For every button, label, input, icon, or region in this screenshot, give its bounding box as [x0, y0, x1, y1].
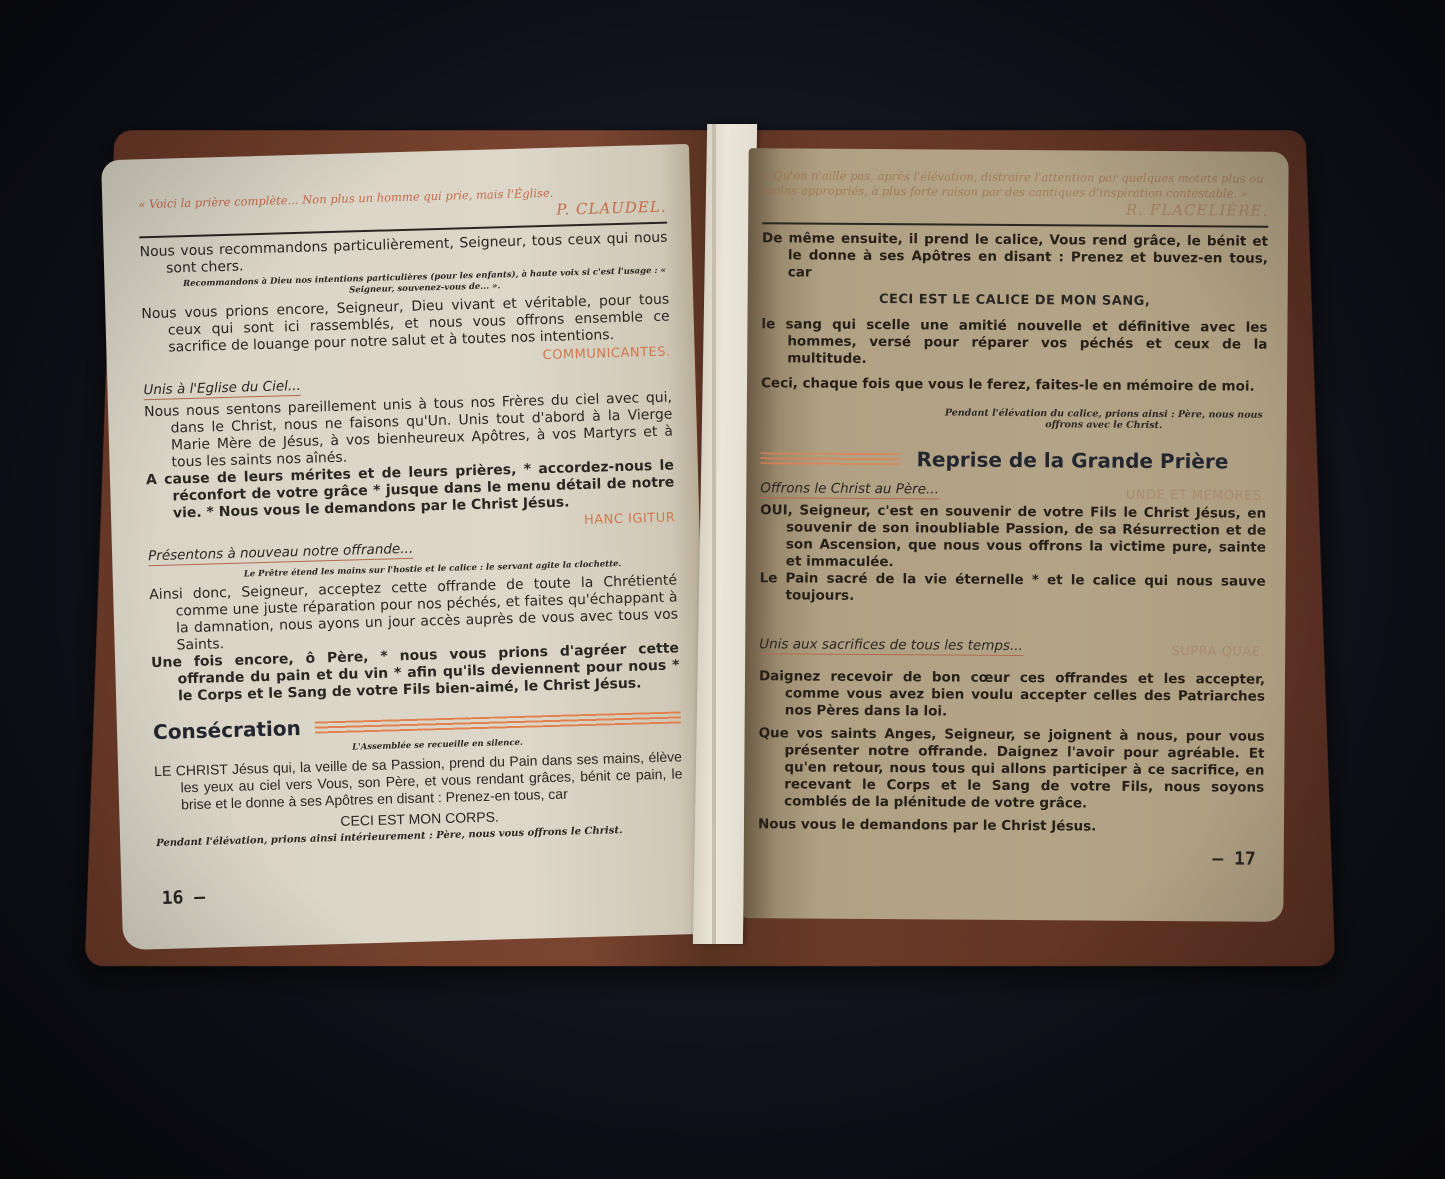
prayer-paragraph: OUI, Seigneur, c'est en souvenir de votr…: [760, 502, 1266, 574]
prayer-paragraph: le sang qui scelle une amitié nouvelle e…: [761, 316, 1267, 371]
right-page: « Qu'on n'aille pas, après l'élévation, …: [743, 148, 1288, 922]
section-title: Consécration: [153, 716, 301, 744]
subheading: Offrons le Christ au Père...: [760, 480, 939, 499]
left-page: « Voici la prière complète... Non plus u…: [101, 144, 711, 950]
words-of-institution: CECI EST LE CALICE DE MON SANG,: [762, 291, 1268, 310]
consecration-text: LE CHRIST Jésus qui, la veille de sa Pas…: [154, 748, 683, 814]
latin-heading: UNDE ET MEMORES.: [1126, 488, 1267, 504]
subheading: Unis aux sacrifices de tous les temps...: [759, 636, 1023, 656]
ornament-lines: [315, 711, 681, 733]
prayer-response: Le Pain sacré de la vie éternelle * et l…: [760, 570, 1266, 608]
page-number: — 17: [1212, 848, 1256, 869]
prayer-paragraph: Daignez recevoir de bon cœur ces offrand…: [759, 668, 1265, 723]
right-epigraph: « Qu'on n'aille pas, après l'élévation, …: [762, 168, 1268, 202]
ornament-lines: [760, 452, 900, 465]
prayer-paragraph: Ceci, chaque fois que vous le ferez, fai…: [761, 375, 1267, 396]
prayer-response: Nous vous le demandons par le Christ Jés…: [758, 816, 1264, 837]
divider-rule: [762, 222, 1268, 228]
page-number: 16 —: [161, 887, 205, 909]
prayer-paragraph: De même ensuite, il prend le calice, Vou…: [762, 230, 1268, 285]
latin-heading: SUPRA QUAE.: [1172, 644, 1266, 660]
subheading: Présentons à nouveau notre offrande...: [148, 541, 413, 566]
section-title: Reprise de la Grande Prière: [916, 447, 1228, 473]
right-epigraph-author: R. FLACELIÈRE.: [762, 198, 1268, 220]
subheading: Unis à l'Eglise du Ciel...: [143, 378, 301, 400]
rubric: Pendant l'élévation du calice, prions ai…: [941, 407, 1267, 431]
prayer-paragraph: Que vos saints Anges, Seigneur, se joign…: [758, 725, 1265, 814]
section-header: Reprise de la Grande Prière: [760, 446, 1266, 474]
bookmark-fold: [712, 124, 716, 944]
